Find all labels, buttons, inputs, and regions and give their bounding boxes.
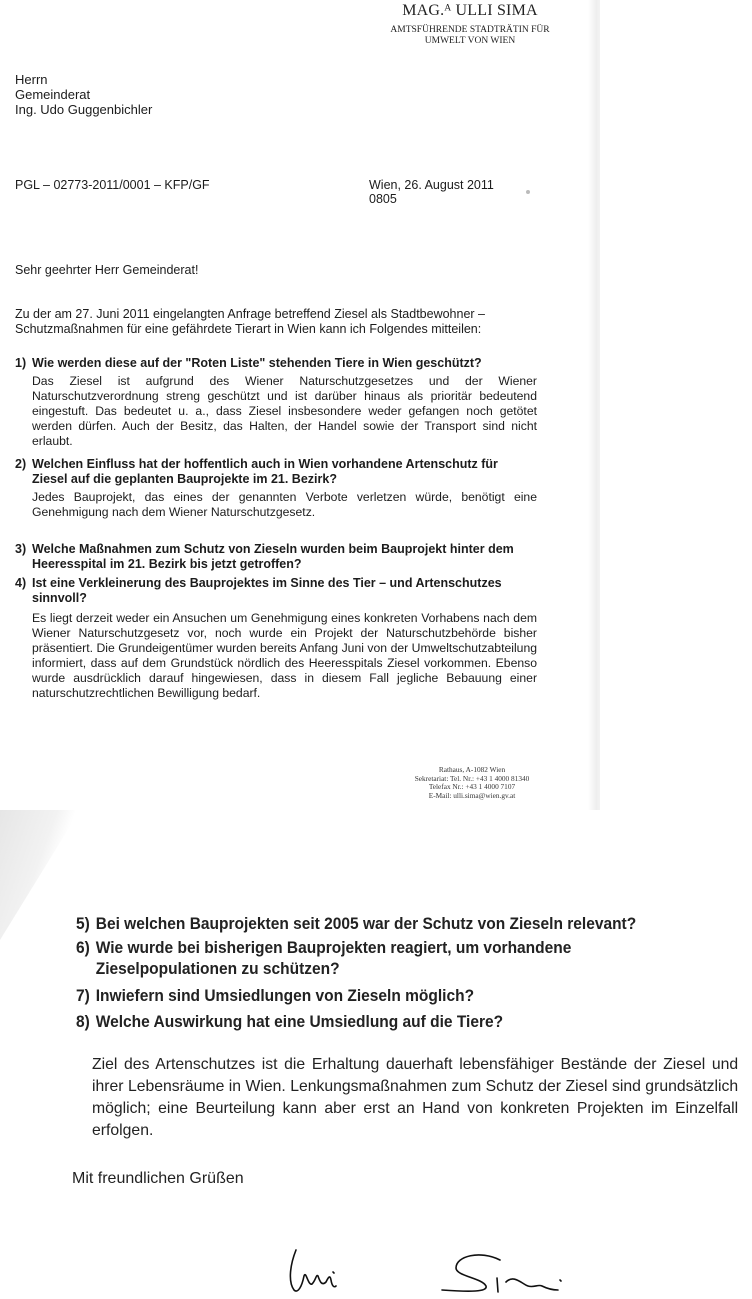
letterhead: MAG.ᴬ ULLI SIMA AMTSFÜHRENDE STADTRÄTIN … bbox=[360, 2, 580, 47]
answer-5-8: Ziel des Artenschutzes ist die Erhaltung… bbox=[92, 1054, 738, 1142]
addressee-block: Herrn Gemeinderat Ing. Udo Guggenbichler bbox=[15, 72, 152, 117]
question-5: 5) Bei welchen Bauprojekten seit 2005 wa… bbox=[76, 914, 711, 935]
question-3: 3) Welche Maßnahmen zum Schutz von Ziese… bbox=[15, 542, 535, 572]
addressee-line: Gemeinderat bbox=[15, 87, 152, 102]
footer-address: Rathaus, A-1082 Wien Sekretariat: Tel. N… bbox=[392, 766, 552, 800]
scan-speck bbox=[526, 190, 530, 194]
question-2: 2) Welchen Einfluss hat der hoffentlich … bbox=[15, 457, 535, 487]
question-8: 8) Welche Auswirkung hat eine Umsiedlung… bbox=[76, 1012, 711, 1033]
letter-number: 0805 bbox=[369, 192, 494, 206]
signature bbox=[270, 1220, 590, 1299]
sender-role: AMTSFÜHRENDE STADTRÄTIN FÜR UMWELT VON W… bbox=[360, 25, 580, 47]
letter-page-1: MAG.ᴬ ULLI SIMA AMTSFÜHRENDE STADTRÄTIN … bbox=[0, 0, 600, 810]
scan-margin bbox=[600, 0, 752, 810]
salutation: Sehr geehrter Herr Gemeinderat! bbox=[15, 263, 198, 277]
addressee-line: Ing. Udo Guggenbichler bbox=[15, 102, 152, 117]
question-6: 6) Wie wurde bei bisherigen Bauprojekten… bbox=[76, 938, 711, 980]
answer-1: Das Ziesel ist aufgrund des Wiener Natur… bbox=[32, 374, 537, 449]
answer-3-4: Es liegt derzeit weder ein Ansuchen um G… bbox=[32, 611, 537, 701]
question-1: 1) Wie werden diese auf der "Roten Liste… bbox=[15, 356, 535, 371]
reference-number: PGL – 02773-2011/0001 – KFP/GF bbox=[15, 178, 210, 192]
answer-2: Jedes Bauprojekt, das eines der genannte… bbox=[32, 490, 537, 520]
question-4: 4) Ist eine Verkleinerung des Bauprojekt… bbox=[15, 576, 535, 606]
question-7: 7) Inwiefern sind Umsiedlungen von Ziese… bbox=[76, 986, 711, 1007]
intro-paragraph: Zu der am 27. Juni 2011 eingelangten Anf… bbox=[15, 307, 535, 337]
sender-name: MAG.ᴬ ULLI SIMA bbox=[360, 2, 580, 20]
letter-date: Wien, 26. August 2011 bbox=[369, 178, 494, 192]
date-block: Wien, 26. August 2011 0805 bbox=[369, 178, 494, 206]
closing-phrase: Mit freundlichen Grüßen bbox=[72, 1170, 244, 1188]
addressee-line: Herrn bbox=[15, 72, 152, 87]
